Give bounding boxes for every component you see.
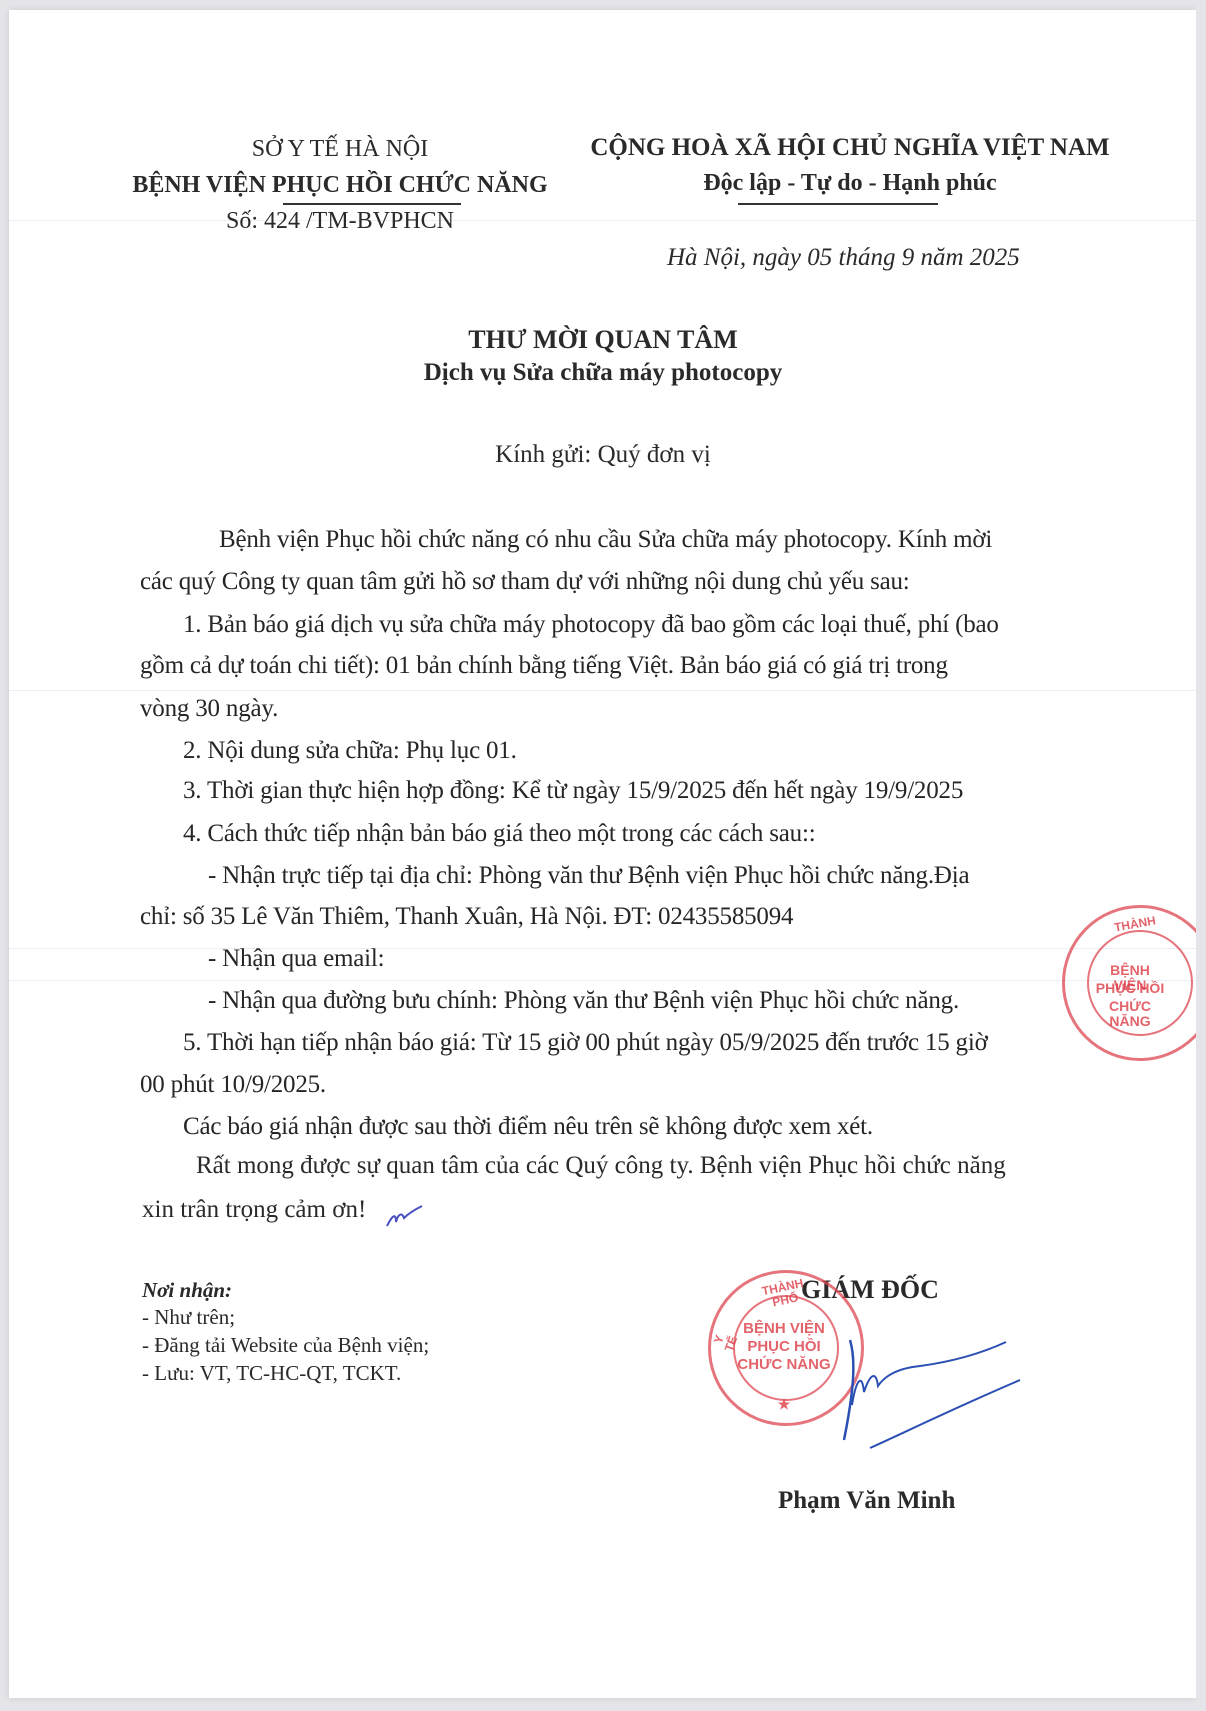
national-motto: Độc lập - Tự do - Hạnh phúc	[580, 170, 1120, 197]
scan-artifact	[9, 690, 1196, 691]
scan-artifact	[9, 948, 1196, 949]
item-5-line2: 00 phút 10/9/2025.	[140, 1071, 326, 1099]
recipient-item: - Lưu: VT, TC-HC-QT, TCKT.	[142, 1359, 401, 1387]
document-subtitle: Dịch vụ Sửa chữa máy photocopy	[0, 359, 1206, 387]
country-name: CỘNG HOÀ XÃ HỘI CHỦ NGHĨA VIỆT NAM	[580, 134, 1120, 162]
item-3: 3. Thời gian thực hiện hợp đồng: Kể từ n…	[183, 777, 963, 805]
motto-underline	[738, 203, 938, 205]
item-4-option-post: - Nhận qua đường bưu chính: Phòng văn th…	[208, 987, 959, 1015]
organization-name: BỆNH VIỆN PHỤC HỒI CHỨC NĂNG	[105, 172, 575, 199]
salutation: Kính gửi: Quý đơn vị	[0, 441, 1206, 469]
organization-underline	[283, 203, 461, 205]
signer-name: Phạm Văn Minh	[778, 1487, 955, 1515]
item-4-option-email: - Nhận qua email:	[208, 945, 384, 973]
initials-signature	[384, 1202, 424, 1230]
deadline-note: Các báo giá nhận được sau thời điểm nêu …	[183, 1113, 873, 1141]
item-5-line1: 5. Thời hạn tiếp nhận báo giá: Từ 15 giờ…	[183, 1029, 988, 1057]
place-date: Hà Nội, ngày 05 tháng 9 năm 2025	[667, 244, 1020, 272]
item-1-line1: 1. Bản báo giá dịch vụ sửa chữa máy phot…	[183, 611, 999, 639]
stamp-center-line: PHỤC HỒI	[736, 1339, 832, 1355]
stamp-center-line: BỆNH VIỆN	[736, 1321, 832, 1337]
item-1-line3: vòng 30 ngày.	[140, 695, 278, 723]
director-signature	[830, 1310, 1030, 1450]
department-name: SỞ Y TẾ HÀ NỘI	[105, 136, 575, 163]
recipient-item: - Như trên;	[142, 1303, 235, 1331]
document-number: Số: 424 /TM-BVPHCN	[105, 208, 575, 235]
star-icon: ★	[774, 1397, 794, 1412]
intro-paragraph-line1: Bệnh viện Phục hồi chức năng có nhu cầu …	[219, 526, 992, 554]
item-4: 4. Cách thức tiếp nhận bản báo giá theo …	[183, 820, 815, 848]
recipients-heading: Nơi nhận:	[142, 1278, 232, 1303]
document-title: THƯ MỜI QUAN TÂM	[0, 325, 1206, 355]
scan-artifact	[9, 980, 1196, 981]
closing-line2: xin trân trọng cảm ơn!	[142, 1196, 366, 1224]
item-2: 2. Nội dung sửa chữa: Phụ lục 01.	[183, 737, 517, 765]
stamp-center-line: CHỨC NĂNG	[736, 1357, 832, 1373]
intro-paragraph-line2: các quý Công ty quan tâm gửi hồ sơ tham …	[140, 568, 910, 596]
item-4-option-direct-line2: chỉ: số 35 Lê Văn Thiêm, Thanh Xuân, Hà …	[140, 903, 793, 931]
closing-line1: Rất mong được sự quan tâm của các Quý cô…	[196, 1152, 1006, 1180]
item-1-line2: gồm cả dự toán chi tiết): 01 bản chính b…	[140, 652, 948, 680]
page-frame-edge	[1196, 0, 1206, 1711]
item-4-option-direct-line1: - Nhận trực tiếp tại địa chỉ: Phòng văn …	[208, 862, 969, 890]
page-seal-stamp: THÀNH BỆNH VIỆN PHỤC HỒI CHỨC NĂNG	[1062, 905, 1206, 1061]
recipient-item: - Đăng tải Website của Bệnh viện;	[142, 1331, 429, 1359]
